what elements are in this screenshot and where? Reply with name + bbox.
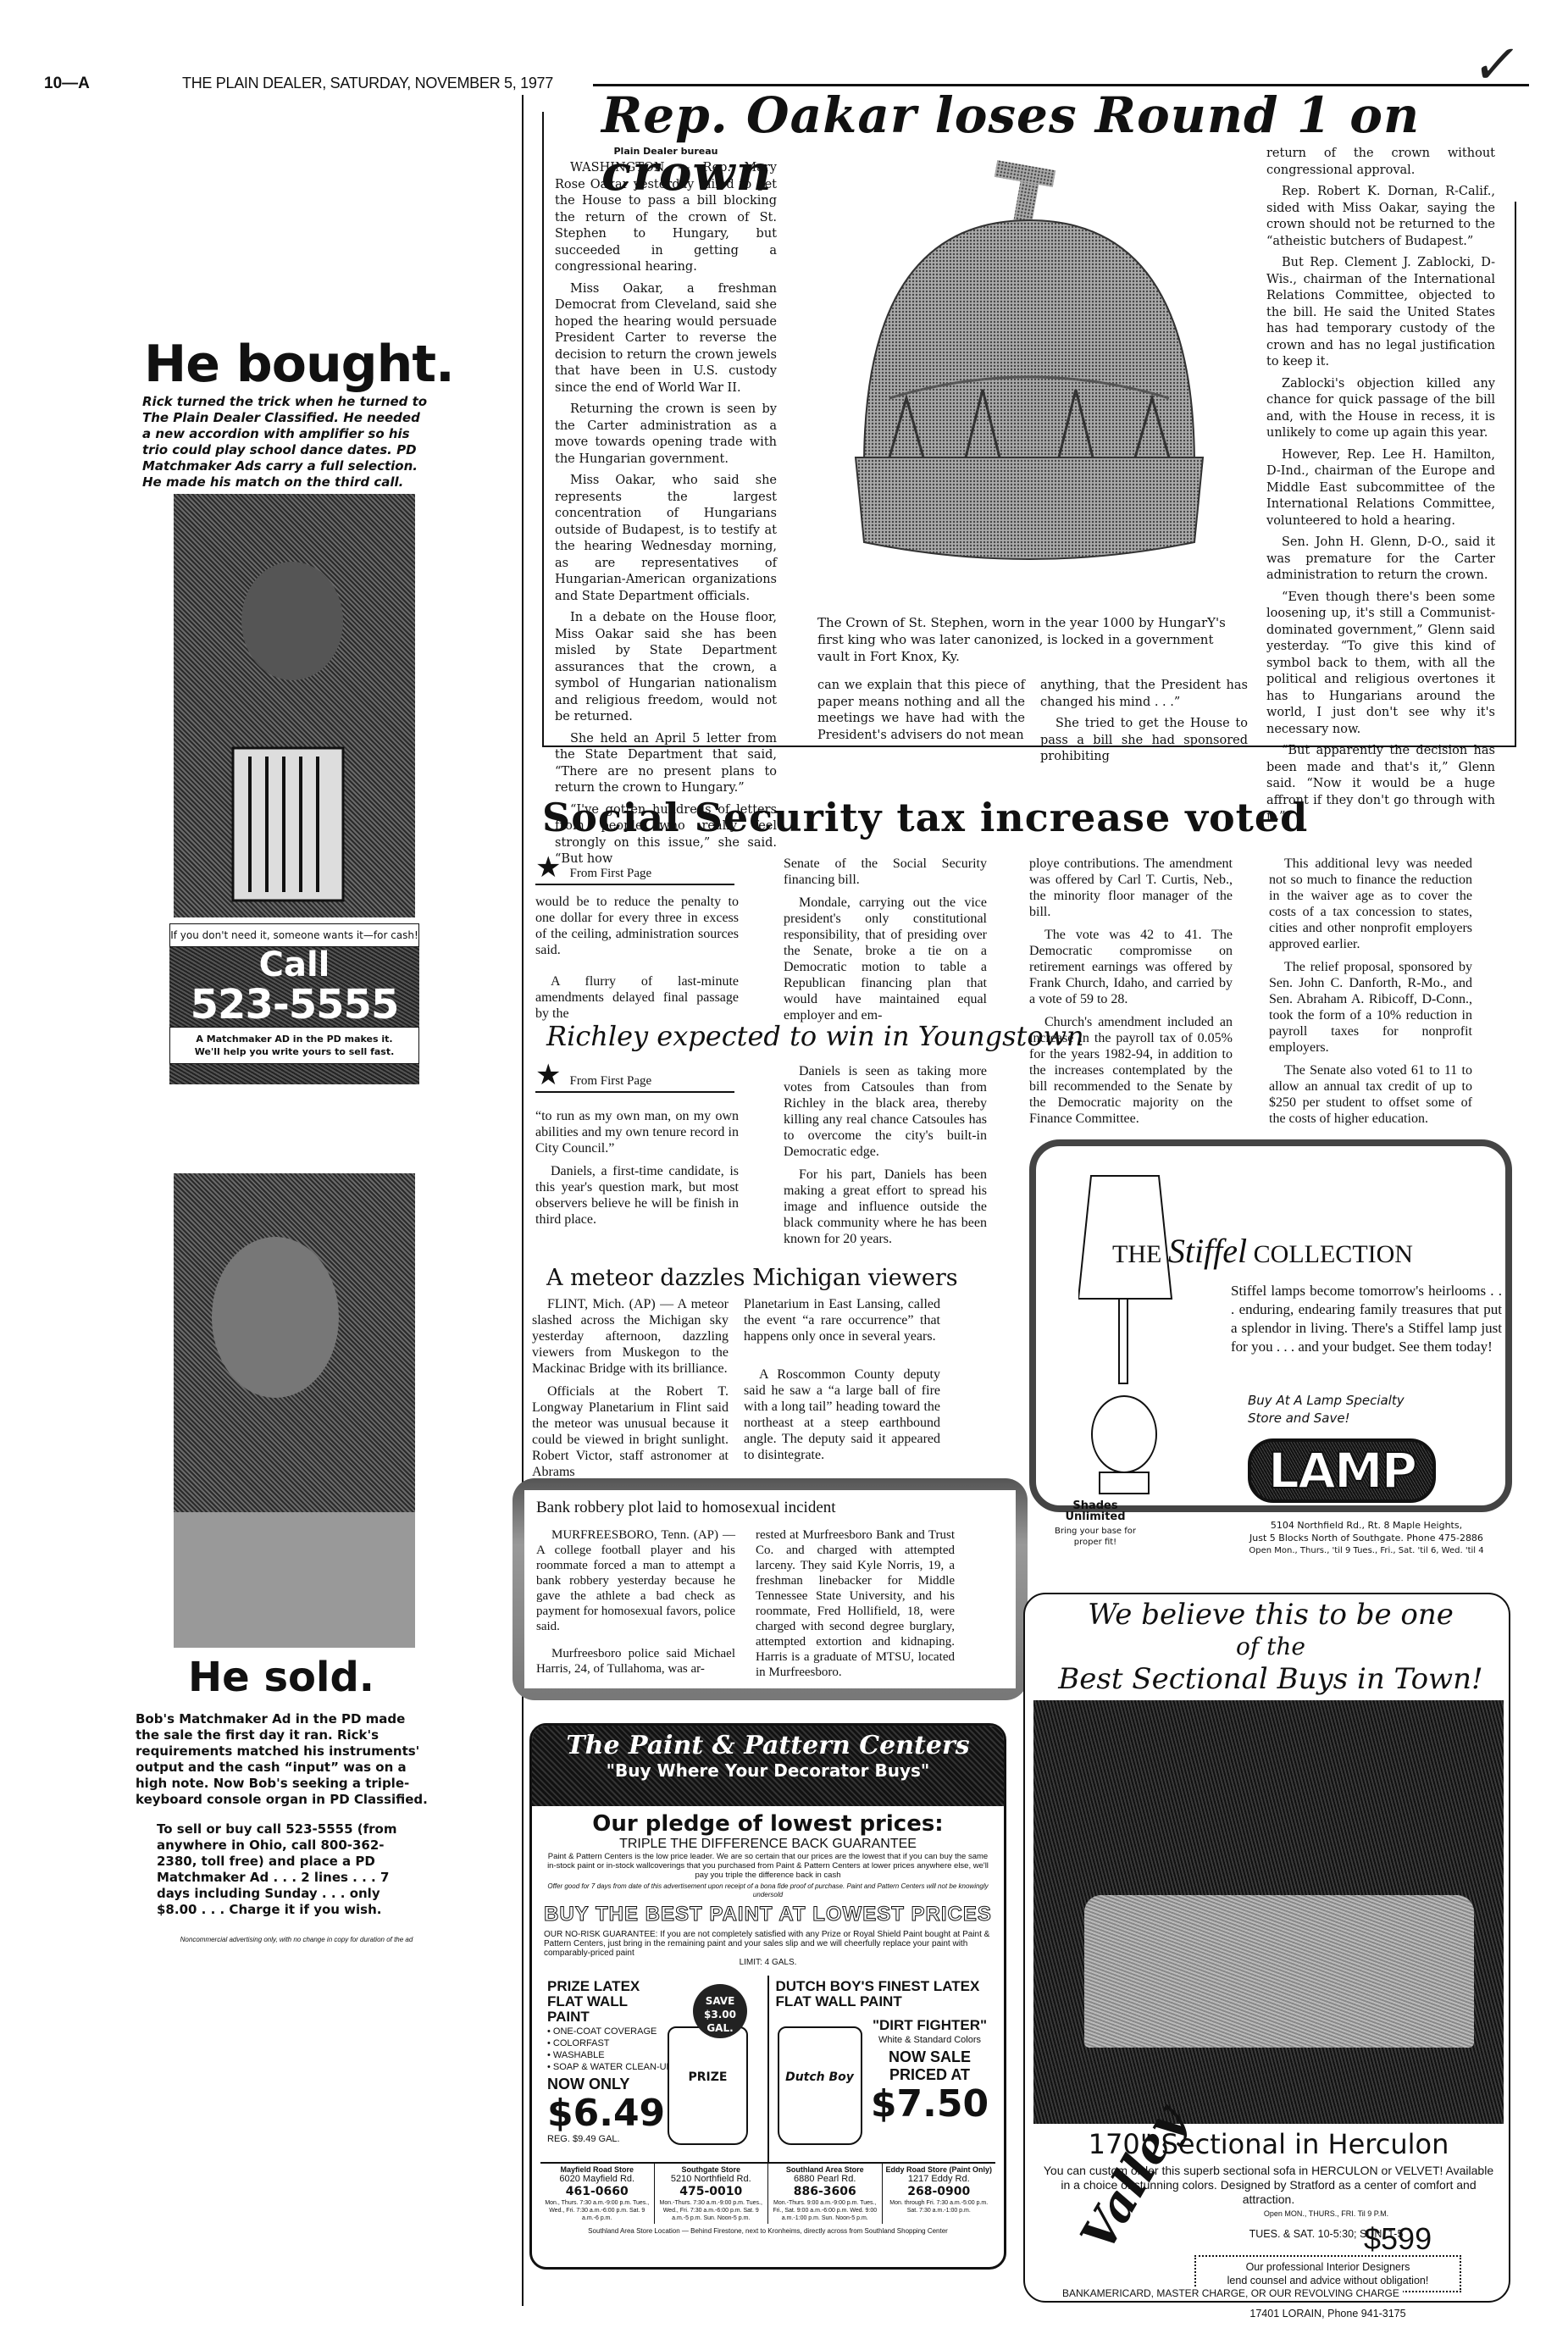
valley-hours-2: TUES. & SAT. 10-5:30; SUN. 1-5 [1193, 2228, 1460, 2240]
meteor-column-1: FLINT, Mich. (AP) — A meteor slashed acr… [532, 1296, 729, 1487]
call-phone-number[interactable]: 523-5555 [169, 983, 419, 1027]
store-southgate: Southgate Store 5210 Northfield Rd. 475-… [654, 2164, 768, 2224]
valley-hours-1: Open MON., THURS., FRI. Til 9 P.M. [1193, 2209, 1460, 2218]
stiffel-copy: Stiffel lamps become tomorrow's heirloom… [1231, 1282, 1502, 1356]
ss-column-4: This additional levy was needed not so m… [1269, 856, 1472, 1134]
product-list: PRIZE LATEX FLAT WALL PAINT • ONE-COAT C… [540, 1976, 995, 2164]
ss-column-1: ★From First Page would be to reduce the … [535, 856, 739, 1028]
call-footer: A Matchmaker AD in the PD makes it. We'l… [169, 1027, 419, 1064]
prize-paint-can: PRIZE [668, 2026, 748, 2145]
lamp-illustration [1078, 1163, 1188, 1502]
jump-label: ★From First Page [535, 1063, 734, 1093]
stiffel-title: THE Stiffel COLLECTION [1112, 1231, 1413, 1271]
lamp-tagline: Buy At A Lamp Specialty Store and Save! [1248, 1392, 1405, 1427]
store-list: Mayfield Road Store 6020 Mayfield Rd. 46… [540, 2164, 995, 2224]
order-instructions: To sell or buy call 523-5555 (from anywh… [157, 1821, 419, 1918]
save-badge: SAVE $3.00 GAL. [693, 1984, 747, 2038]
he-bought-headline: He bought. [144, 335, 454, 394]
richley-column-1: ★From First Page “to run as my own man, … [535, 1063, 739, 1234]
bank-robbery-headline: Bank robbery plot laid to homosexual inc… [536, 1499, 1004, 1517]
fine-print: Noncommercial advertising only, with no … [169, 1936, 424, 1943]
sectional-sofa-photo [1033, 1700, 1504, 2124]
lamp-address: 5104 Northfield Rd., Rt. 8 Maple Heights… [1231, 1519, 1502, 1557]
social-security-headline: Social Security tax increase voted [542, 795, 1308, 840]
oakar-column-3: anything, that the President has changed… [1040, 678, 1248, 771]
column-divider [522, 95, 524, 2306]
product-dutch-boy: DUTCH BOY'S FINEST LATEX FLAT WALL PAINT… [767, 1976, 996, 2162]
organ-player-photo [174, 1173, 415, 1648]
ss-column-2: Senate of the Social Security financing … [784, 856, 987, 1030]
lamp-mart-logo: LAMP [1248, 1438, 1436, 1503]
believe-tagline: We believe this to be one of the Best Se… [1050, 1599, 1491, 1695]
byline: Plain Dealer bureau [555, 146, 777, 157]
richley-column-2: Daniels is seen as taking more votes fro… [784, 1063, 987, 1254]
guarantee-text: Paint & Pattern Centers is the low price… [544, 1852, 992, 1880]
triple-guarantee: TRIPLE THE DIFFERENCE BACK GUARANTEE [544, 1837, 992, 1852]
he-bought-copy: Rick turned the trick when he turned to … [142, 394, 430, 491]
product-prize: PRIZE LATEX FLAT WALL PAINT • ONE-COAT C… [540, 1976, 767, 2162]
dutch-boy-price: $7.50 [871, 2084, 989, 2125]
richley-headline: Richley expected to win in Youngstown [546, 1020, 1084, 1052]
store-eddy: Eddy Road Store (Paint Only) 1217 Eddy R… [882, 2164, 996, 2224]
dutch-boy-paint-can: Dutch Boy [778, 2026, 862, 2145]
paint-brand: The Paint & Pattern Centers [532, 1731, 1004, 1760]
no-risk-guarantee: OUR NO-RISK GUARANTEE: If you are not co… [544, 1930, 992, 1958]
crown-caption: The Crown of St. Stephen, worn in the ye… [817, 614, 1249, 665]
meteor-headline: A meteor dazzles Michigan viewers [546, 1265, 958, 1291]
offer-text: Offer good for 7 days from date of this … [544, 1882, 992, 1899]
call-tagline: If you don't need it, someone wants it—f… [169, 923, 419, 947]
pledge-headline: Our pledge of lowest prices: [544, 1811, 992, 1837]
masthead-title: THE PLAIN DEALER, SATURDAY, NOVEMBER 5, … [182, 75, 553, 92]
meteor-column-2: Planetarium in East Lansing, called the … [744, 1296, 940, 1470]
valley-sectional-ad: We believe this to be one of the Best Se… [1023, 1593, 1510, 2303]
star-icon: ★ [535, 1063, 561, 1089]
paint-header: The Paint & Pattern Centers "Buy Where Y… [532, 1726, 1004, 1806]
purchase-limit: LIMIT: 4 GALS. [544, 1958, 992, 1967]
call-classified-box: If you don't need it, someone wants it—f… [169, 923, 419, 1084]
valley-payment-footer: BANKAMERICARD, MASTER CHARGE, OR OUR REV… [1059, 2287, 1403, 2299]
paint-pattern-ad: The Paint & Pattern Centers "Buy Where Y… [529, 1723, 1006, 2270]
oakar-column-2: can we explain that this piece of paper … [817, 678, 1025, 749]
star-icon: ★ [535, 856, 561, 881]
paint-slogan: "Buy Where Your Decorator Buys" [532, 1760, 1004, 1781]
oakar-column-1: Plain Dealer bureau WASHINGTON — Rep. Ma… [555, 146, 777, 873]
crown-photo [813, 144, 1245, 601]
he-sold-headline: He sold. [188, 1654, 374, 1701]
accordion-player-photo [174, 494, 415, 917]
valley-address: 17401 LORAIN, Phone 941-3175 [1194, 2306, 1461, 2321]
bank-column-1: MURFREESBORO, Tenn. (AP) — A college foo… [536, 1527, 735, 1687]
buy-best-banner: BUY THE BEST PAINT AT LOWEST PRICES [544, 1903, 992, 1926]
call-word: Call [169, 947, 419, 983]
jump-label: ★From First Page [535, 856, 734, 885]
page-number: 10—A [44, 75, 90, 93]
sectional-title: 170" Sectional in Herculon [1033, 2128, 1504, 2160]
sofa-shape [1084, 1895, 1474, 2048]
he-sold-copy: Bob's Matchmaker Ad in the PD made the s… [136, 1711, 428, 1808]
bank-column-2: rested at Murfreesboro Bank and Trust Co… [756, 1527, 955, 1687]
shades-unlimited: Shades Unlimited Bring your base for pro… [1053, 1500, 1138, 1548]
bank-robbery-box: Bank robbery plot laid to homosexual inc… [513, 1478, 1028, 1700]
store-southland: Southland Area Store 6880 Pearl Rd. 886-… [767, 2164, 882, 2224]
store-mayfield: Mayfield Road Store 6020 Mayfield Rd. 46… [540, 2164, 654, 2224]
stiffel-lamp-ad: THE Stiffel COLLECTION Stiffel lamps bec… [1029, 1139, 1512, 1512]
ss-column-3: ploye contributions. The amendment was o… [1029, 856, 1233, 1134]
paint-footer: Southland Area Store Location — Behind F… [532, 2227, 1004, 2235]
oakar-column-4: return of the crown without congressiona… [1266, 146, 1495, 831]
